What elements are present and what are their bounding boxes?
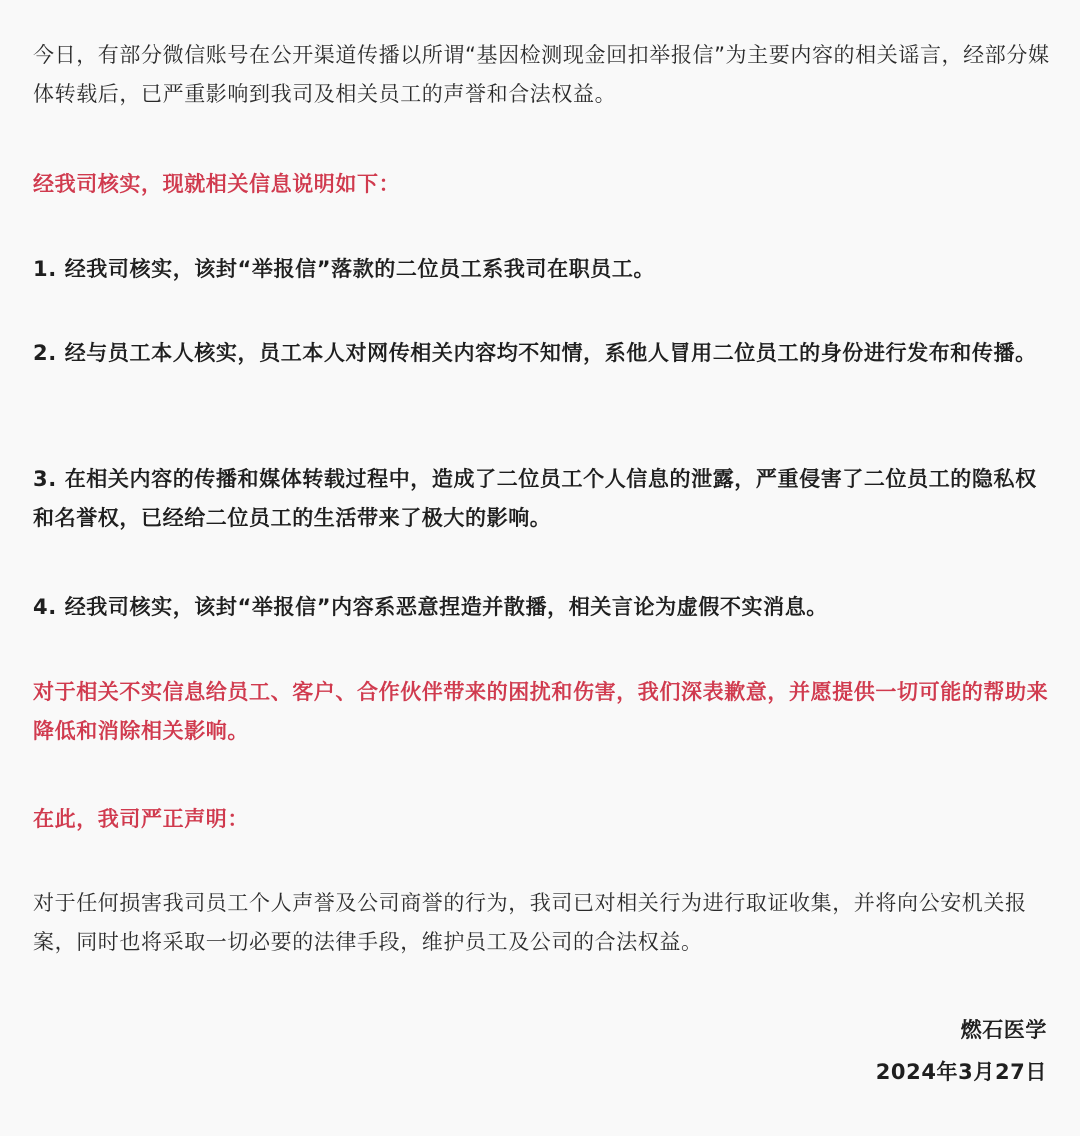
statement-document: 今日，有部分微信账号在公开渠道传播以所谓“基因检测现金回扣举报信”为主要内容的相… [0, 0, 1080, 1136]
point-3: 3. 在相关内容的传播和媒体转载过程中，造成了二位员工个人信息的泄露，严重侵害了… [33, 460, 1053, 538]
declaration-paragraph: 对于任何损害我司员工个人声誉及公司商誉的行为，我司已对相关行为进行取证收集，并将… [33, 884, 1053, 962]
point-4: 4. 经我司核实，该封“举报信”内容系恶意捏造并散播，相关言论为虚假不实消息。 [33, 588, 1053, 627]
signature-date: 2024年3月27日 [876, 1053, 1047, 1092]
signature-company: 燃石医学 [961, 1011, 1047, 1050]
intro-paragraph: 今日，有部分微信账号在公开渠道传播以所谓“基因检测现金回扣举报信”为主要内容的相… [33, 36, 1053, 114]
verification-heading: 经我司核实，现就相关信息说明如下： [33, 165, 1053, 204]
declaration-heading: 在此，我司严正声明： [33, 800, 1053, 839]
point-1: 1. 经我司核实，该封“举报信”落款的二位员工系我司在职员工。 [33, 250, 1053, 289]
point-2: 2. 经与员工本人核实，员工本人对网传相关内容均不知情，系他人冒用二位员工的身份… [33, 334, 1053, 373]
apology-paragraph: 对于相关不实信息给员工、客户、合作伙伴带来的困扰和伤害，我们深表歉意，并愿提供一… [33, 673, 1053, 751]
